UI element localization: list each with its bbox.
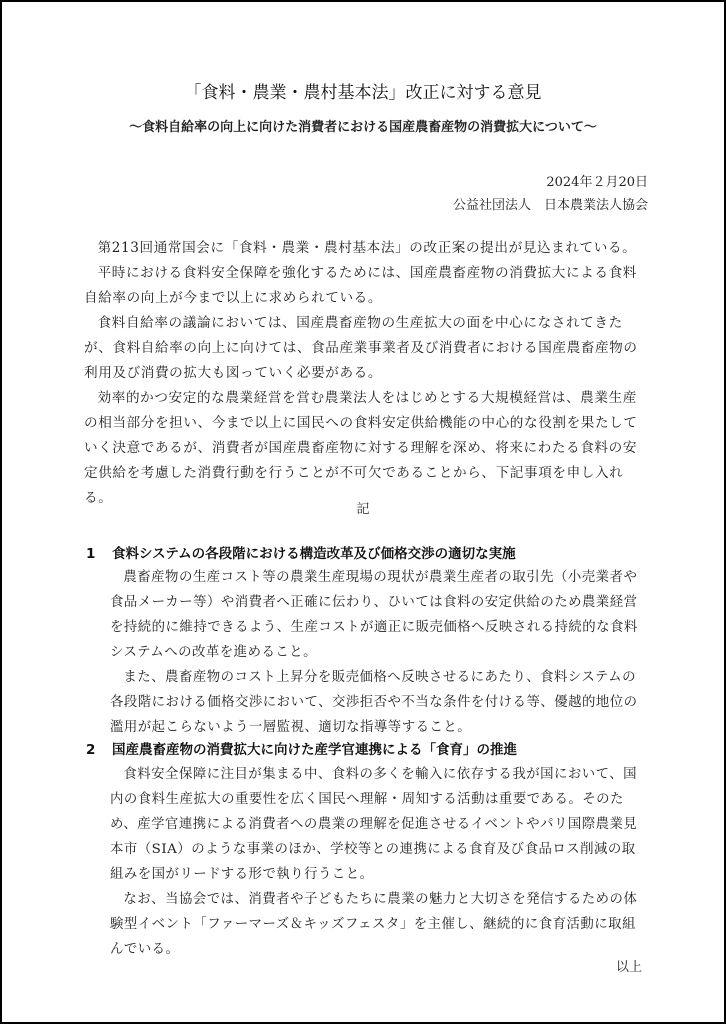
document-subtitle: ～食料自給率の向上に向けた消費者における国産農畜産物の消費拡大について～	[2, 116, 724, 135]
document-title: 「食料・農業・農村基本法」改正に対する意見	[2, 78, 724, 103]
closing-mark: 以上	[616, 956, 642, 975]
ki-heading: 記	[2, 498, 724, 517]
document-page: 「食料・農業・農村基本法」改正に対する意見 ～食料自給率の向上に向けた消費者にお…	[0, 0, 726, 1024]
section-paragraph: 食料安全保障に注目が集まる中、食料の多くを輸入に依存する我が国において、国内の食…	[110, 762, 644, 887]
organization-name: 公益社団法人 日本農業法人協会	[453, 194, 648, 213]
intro-paragraph: 平時における食料安全保障を強化するためには、国産農畜産物の消費拡大による食料自給…	[84, 261, 644, 311]
section-title: 国産農畜産物の消費拡大に向けた産学官連携による「食育」の推進	[112, 742, 517, 758]
intro-section: 第213回通常国会に「食料・農業・農村基本法」の改正案の提出が見込まれている。 …	[84, 236, 644, 511]
intro-paragraph: 効率的かつ安定的な農業経営を営む農業法人をはじめとする大規模経営は、農業生産の相…	[84, 386, 644, 511]
intro-paragraph: 第213回通常国会に「食料・農業・農村基本法」の改正案の提出が見込まれている。	[84, 236, 644, 261]
section-body-2: 食料安全保障に注目が集まる中、食料の多くを輸入に依存する我が国において、国内の食…	[110, 762, 644, 962]
section-number: 1	[86, 546, 112, 562]
document-date: 2024年２月20日	[546, 171, 648, 190]
intro-paragraph: 食料自給率の議論においては、国産農畜産物の生産拡大の面を中心になされてきたが、食…	[84, 311, 644, 386]
section-paragraph: なお、当協会では、消費者や子どもたちに農業の魅力と大切さを発信するための体験型イ…	[110, 887, 644, 962]
section-number: 2	[86, 742, 112, 758]
section-heading-2: 2国産農畜産物の消費拡大に向けた産学官連携による「食育」の推進	[86, 738, 517, 758]
section-title: 食料システムの各段階における構造改革及び価格交渉の適切な実施	[112, 546, 516, 562]
section-body-1: 農畜産物の生産コスト等の農業生産現場の現状が農業生産者の取引先（小売業者や食品メ…	[110, 565, 644, 740]
section-heading-1: 1食料システムの各段階における構造改革及び価格交渉の適切な実施	[86, 542, 516, 562]
section-paragraph: また、農畜産物のコスト上昇分を販売価格へ反映させるにあたり、食料システムの各段階…	[110, 665, 644, 740]
section-paragraph: 農畜産物の生産コスト等の農業生産現場の現状が農業生産者の取引先（小売業者や食品メ…	[110, 565, 644, 665]
